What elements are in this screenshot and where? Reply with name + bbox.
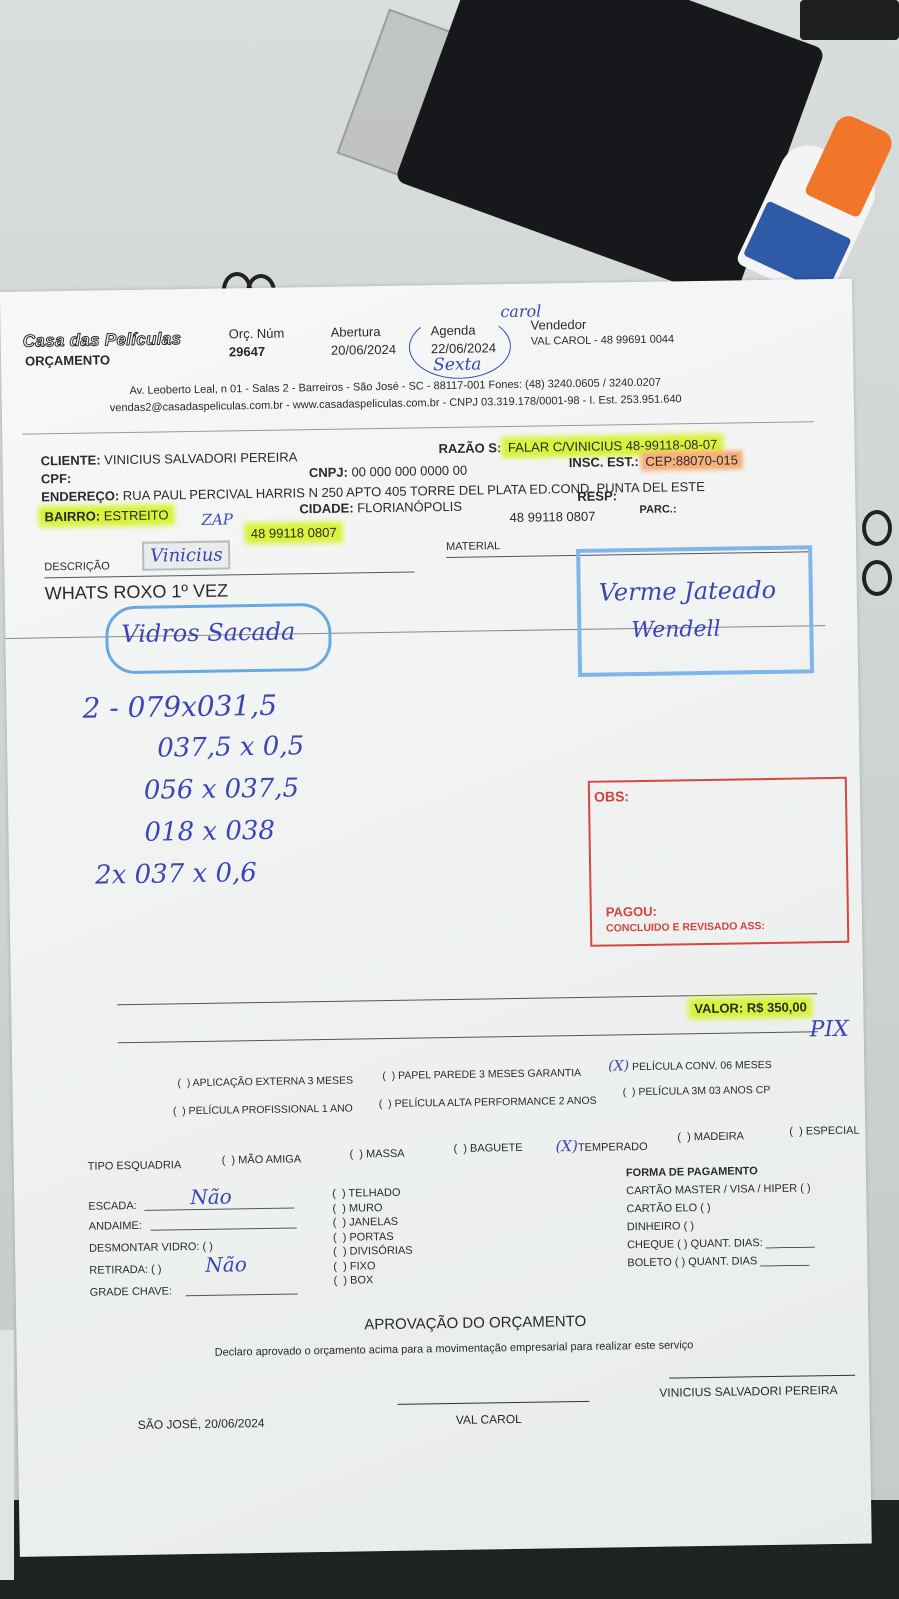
client-signature-line [669, 1375, 855, 1379]
payment-boleto[interactable]: BOLETO ( ) QUANT. DIAS ________ [627, 1251, 815, 1272]
binder-ring [862, 510, 892, 546]
razao-label: RAZÃO S: [438, 440, 501, 456]
esquadria-temperado[interactable]: (X)TEMPERADO [555, 1136, 647, 1155]
esquadria-madeira[interactable]: ( ) MADEIRA [677, 1130, 744, 1143]
concluido-label: CONCLUIDO E REVISADO ASS: [606, 920, 765, 934]
measurement-5: 2x 037 x 0,6 [95, 860, 257, 889]
cnpj-row: CNPJ: 00 000 000 0000 00 [309, 463, 468, 480]
approval-declaration: Declaro aprovado o orçamento acima para … [215, 1339, 694, 1359]
endereco-label: ENDEREÇO: [41, 488, 119, 504]
cliente-label: CLIENTE: [41, 452, 101, 468]
insc-row: INSC. EST.: CEP:88070-015 [569, 452, 741, 470]
header-divider [22, 421, 814, 434]
cnpj-label: CNPJ: [309, 465, 348, 481]
cliente-row: CLIENTE: VINICIUS SALVADORI PEREIRA [41, 449, 298, 468]
measurement-1: 2 - 079x031,5 [82, 692, 277, 723]
dark-object [800, 0, 899, 40]
payment-cartao-master[interactable]: CARTÃO MASTER / VISA / HIPER ( ) [626, 1179, 814, 1200]
orc-num-label: Orç. Núm [229, 326, 285, 342]
payment-methods: FORMA DE PAGAMENTO CARTÃO MASTER / VISA … [626, 1161, 815, 1272]
cidade-value: FLORIANÓPOLIS [357, 499, 462, 516]
cliente-value: VINICIUS SALVADORI PEREIRA [104, 449, 297, 467]
seller-signature-name: VAL CAROL [456, 1412, 522, 1427]
pix-note: PIX [809, 1017, 849, 1043]
blue-marker-box [576, 545, 814, 677]
resp-label: RESP: [577, 488, 617, 504]
andaime-line [151, 1227, 297, 1230]
measurement-2: 037,5 x 0,5 [157, 733, 304, 761]
document-type: ORÇAMENTO [25, 352, 110, 368]
cidade-row: CIDADE: FLORIANÓPOLIS [299, 499, 462, 517]
location-divisorias[interactable]: ( ) DIVISÓRIAS [333, 1244, 413, 1260]
option-pelicula-profissional[interactable]: ( ) PELÍCULA PROFISSIONAL 1 ANO [173, 1103, 353, 1118]
measurement-4: 018 x 038 [144, 818, 275, 846]
esquadria-especial[interactable]: ( ) ESPECIAL [789, 1125, 859, 1138]
company-contact: vendas2@casadaspeliculas.com.br - www.ca… [110, 393, 682, 414]
andaime-label: ANDAIME: [89, 1220, 142, 1233]
approval-title: APROVAÇÃO DO ORÇAMENTO [364, 1313, 586, 1333]
binder-ring [862, 560, 892, 596]
location-janelas[interactable]: ( ) JANELAS [333, 1215, 413, 1231]
vidros-sacada-note: Vidros Sacada [121, 617, 295, 648]
option-pelicula-alta-performance[interactable]: ( ) PELÍCULA ALTA PERFORMANCE 2 ANOS [379, 1095, 597, 1110]
bairro-label: BAIRRO: [44, 508, 100, 524]
grade-chave-line [186, 1293, 298, 1296]
esquadria-mao-amiga[interactable]: ( ) MÃO AMIGA [222, 1153, 302, 1166]
cpf-label: CPF: [41, 471, 72, 486]
insc-label: INSC. EST.: [569, 454, 639, 470]
resp-phone: 48 99118 0807 [509, 509, 595, 525]
box-note-line-2: Wendell [631, 617, 721, 643]
location-fixo[interactable]: ( ) FIXO [333, 1258, 413, 1274]
retirada-field[interactable]: RETIRADA: ( ) [89, 1264, 161, 1277]
orc-num-value: 29647 [229, 344, 265, 360]
esquadria-baguete[interactable]: ( ) BAGUETE [453, 1142, 522, 1155]
vendedor-label: Vendedor [530, 317, 586, 333]
obs-label: OBS: [594, 788, 629, 805]
agenda-circle-mark [408, 314, 511, 380]
cnpj-value: 00 000 000 0000 00 [351, 463, 467, 480]
option-pelicula-conv[interactable]: (X) PELÍCULA CONV. 06 MESES [608, 1056, 772, 1075]
box-note-line-1: Verme Jateado [599, 576, 777, 607]
descricao-label: DESCRIÇÃO [44, 560, 110, 573]
location-box[interactable]: ( ) BOX [333, 1273, 413, 1289]
valor-bottom-line [118, 1031, 818, 1043]
abertura-value: 20/06/2024 [331, 342, 396, 358]
valor-total: VALOR: R$ 350,00 [691, 999, 810, 1016]
escada-value: Não [190, 1184, 232, 1209]
abertura-label: Abertura [331, 324, 381, 340]
desmontar-vidro-field[interactable]: DESMONTAR VIDRO: ( ) [89, 1241, 213, 1255]
name-stamp: Vinicius [142, 540, 231, 570]
bairro-value: ESTREITO [104, 507, 169, 523]
parc-label: PARC.: [639, 503, 676, 516]
escada-label: ESCADA: [88, 1200, 136, 1213]
seller-signature-line [398, 1401, 590, 1405]
quote-document: Casa das Películas ORÇAMENTO Orç. Núm 29… [0, 279, 872, 1557]
obs-box: OBS: PAGOU: CONCLUIDO E REVISADO ASS: [588, 777, 850, 947]
vendedor-value: VAL CAROL - 48 99691 0044 [531, 333, 674, 347]
location-telhado[interactable]: ( ) TELHADO [332, 1186, 412, 1202]
zap-handwritten-note: ZAP [201, 510, 233, 528]
retirada-value: Não [205, 1252, 247, 1277]
location-muro[interactable]: ( ) MURO [332, 1200, 412, 1216]
esquadria-massa[interactable]: ( ) MASSA [349, 1148, 404, 1161]
option-papel-parede[interactable]: ( ) PAPEL PAREDE 3 MESES GARANTIA [382, 1067, 581, 1082]
description-line-1: WHATS ROXO 1º VEZ [45, 580, 229, 604]
tipo-esquadria-label: TIPO ESQUADRIA [88, 1159, 182, 1172]
material-label: MATERIAL [446, 540, 500, 553]
option-aplicacao-externa[interactable]: ( ) APLICAÇÃO EXTERNA 3 MESES [177, 1075, 353, 1090]
grade-chave-label: GRADE CHAVE: [90, 1285, 172, 1298]
underlying-paper-strip [0, 1330, 14, 1580]
company-logo: Casa das Películas [23, 329, 182, 351]
insc-value: CEP:88070-015 [642, 452, 741, 469]
approval-place-date: SÃO JOSÉ, 20/06/2024 [138, 1416, 265, 1432]
descricao-underline [44, 572, 414, 579]
pagou-label: PAGOU: [606, 904, 657, 920]
option-pelicula-3m[interactable]: ( ) PELÍCULA 3M 03 ANOS CP [623, 1084, 771, 1098]
measurement-3: 056 x 037,5 [144, 775, 300, 803]
bairro-row: BAIRRO: ESTREITO [41, 507, 171, 524]
location-portas[interactable]: ( ) PORTAS [333, 1229, 413, 1245]
location-checklist: ( ) TELHADO ( ) MURO ( ) JANELAS ( ) POR… [332, 1186, 413, 1289]
zap-phone: 48 99118 0807 [248, 525, 340, 541]
client-signature-name: VINICIUS SALVADORI PEREIRA [659, 1383, 837, 1400]
cidade-label: CIDADE: [299, 500, 353, 516]
